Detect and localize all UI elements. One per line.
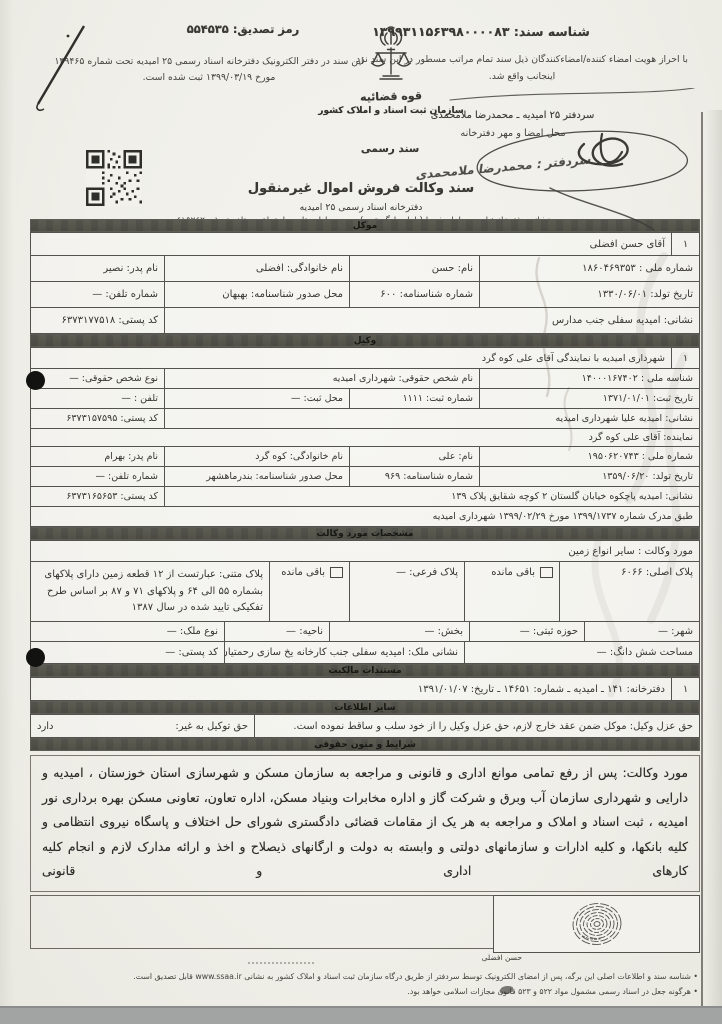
checkbox-remainder-2: [330, 567, 343, 578]
agent-table: ۱ شهرداری امیدیه با نمایندگی آقای علی کو…: [30, 347, 700, 527]
punch-hole: [26, 648, 45, 667]
scan-smudge-dots: [248, 962, 314, 964]
field-remainder-2: باقی مانده: [269, 562, 349, 621]
field-remainder-1: باقی مانده: [464, 562, 559, 621]
table-row: شناسه ملی : ۱۴۰۰۰۱۶۷۴۰۲ نام شخص حقوقی: ش…: [31, 368, 699, 388]
section-header-principal: موکل: [30, 219, 700, 232]
field-delegation-right: حق توکیل به غیر: دارد: [31, 715, 254, 737]
field-rep-id-number: شماره شناسنامه: ۹۶۹: [349, 467, 479, 486]
section-header-subject: مشخصات مورد وکالت: [30, 527, 700, 540]
seal-place-line: محل امضا و مهر دفترخانه: [388, 128, 638, 139]
field-postal-code: کد پستی: ۶۳۷۳۱۵۷۵۹۵: [31, 409, 164, 428]
subject-table: مورد وکالت : سایر انواع زمین پلاک اصلی: …: [30, 540, 700, 664]
qr-code: [86, 150, 142, 206]
field-property-postal: کد پستی: —: [31, 642, 224, 663]
table-row: شماره ملی : ۱۹۵۰۶۲۰۷۴۳ نام: علی نام خانو…: [31, 446, 699, 466]
handwritten-notary-note: سردفتر : محمدرضا ملامحمدی: [416, 152, 593, 182]
field-address: نشانی: امیدیه علیا شهرداری امیدیه: [164, 409, 699, 428]
document-kind: سند رسمی: [330, 143, 450, 155]
agent-name-header: شهرداری امیدیه با نمایندگی آقای علی کوه …: [31, 348, 671, 368]
section-header-ownership-docs: مستندات مالکیت: [30, 664, 700, 677]
table-row: ۱ شهرداری امیدیه با نمایندگی آقای علی کو…: [31, 348, 699, 368]
principal-name-header: آقای حسن افضلی: [31, 233, 671, 255]
field-rep-postal-code: کد پستی: ۶۳۷۳۱۶۵۶۵۳: [31, 487, 164, 506]
notary-office-name: دفترخانه اسناد رسمی ۲۵ امیدیه: [200, 202, 522, 213]
case-type-line: مورد وکالت : سایر انواع زمین: [31, 541, 699, 561]
ownership-doc-detail: دفترخانه: ۱۴۱ ـ امیدیه ـ شماره: ۱۴۶۵۱ ـ …: [31, 678, 671, 700]
table-row: شهر: — حوزه ثبتی: — بخش: — ناحیه: — نوع …: [31, 621, 699, 641]
judiciary-name: قوه قضائیه: [318, 88, 464, 105]
table-row: حق عزل وکیل: موکل ضمن عقد خارج لازم، حق …: [31, 715, 699, 737]
section-title: مستندات مالکیت: [328, 666, 401, 676]
field-postal-code: کد پستی: ۶۳۷۳۱۷۷۵۱۸: [31, 308, 164, 333]
ownership-docs-table: ۱ دفترخانه: ۱۴۱ ـ امیدیه ـ شماره: ۱۴۶۵۱ …: [30, 677, 700, 701]
delegation-value: دارد: [37, 721, 54, 732]
table-row: شماره ملی : ۱۸۶۰۴۶۹۳۵۳ نام: حسن نام خانو…: [31, 255, 699, 281]
footer-note-forgery: • هرگونه جعل در اسناد رسمی مشمول مواد ۵۲…: [30, 986, 700, 998]
row-number: ۱: [671, 678, 699, 700]
field-phone: شماره تلفن: —: [31, 282, 164, 307]
table-row: طبق مدرک شماره ۱۳۹۹/۱۷۳۷ مورخ ۱۳۹۹/۰۲/۲۹…: [31, 506, 699, 526]
fingerprint-owner-name: حسن افضلی: [482, 953, 522, 962]
field-address: نشانی: امیدیه سفلی جنب مدارس: [164, 308, 699, 333]
principal-table: ۱ آقای حسن افضلی شماره ملی : ۱۸۶۰۴۶۹۳۵۳ …: [30, 232, 700, 334]
attestation-text: با احراز هویت امضاء کننده/امضاءکنندگان ذ…: [348, 52, 696, 85]
field-id-place: محل صدور شناسنامه: بهبهان: [164, 282, 349, 307]
document-title: سند وکالت فروش اموال غیرمنقول: [150, 181, 572, 196]
scan-edge-line: [701, 112, 703, 1008]
scan-edge-left: [0, 0, 14, 1008]
signature-area: حسن افضلی: [30, 895, 700, 965]
scan-edge-right: [705, 110, 722, 1008]
field-rep-birth-date: تاریخ تولد: ۱۳۵۹/۰۶/۲۰: [479, 467, 699, 486]
legal-terms-paragraph: مورد وکالت: پس از رفع تمامی موانع اداری …: [30, 755, 700, 892]
fingerprint-icon: [569, 900, 625, 948]
scanner-bed-strip: [0, 1006, 722, 1024]
table-row: ۱ دفترخانه: ۱۴۱ ـ امیدیه ـ شماره: ۱۴۶۵۱ …: [31, 678, 699, 700]
field-city: شهر: —: [584, 622, 699, 641]
field-rep-phone: شماره تلفن: —: [31, 467, 164, 486]
checkbox-label: باقی مانده: [281, 567, 325, 578]
section-title: وکیل: [354, 336, 377, 346]
section-header-legal-terms: شرایط و متون حقوقی: [30, 738, 700, 751]
row-number: ۱: [671, 348, 699, 368]
field-dismissal-right: حق عزل وکیل: موکل ضمن عقد خارج لازم، حق …: [254, 715, 699, 737]
checkbox-label: باقی مانده: [491, 567, 535, 578]
field-text-plate: پلاک متنی: عبارتست از ۱۲ قطعه زمین دارای…: [31, 562, 269, 621]
fingerprint-box: [493, 895, 700, 953]
authorizing-document-line: طبق مدرک شماره ۱۳۹۹/۱۷۳۷ مورخ ۱۳۹۹/۰۲/۲۹…: [31, 507, 699, 526]
table-row: نماینده: آقای علی کوه گرد: [31, 428, 699, 446]
document-id: شناسه سند: ۱۳۹۹۳۱۱۵۶۳۹۸۰۰۰۰۸۳: [316, 24, 646, 39]
representative-line: نماینده: آقای علی کوه گرد: [31, 429, 699, 446]
field-national-id: شماره ملی : ۱۸۶۰۴۶۹۳۵۳: [479, 256, 699, 281]
field-birth-date: تاریخ تولد: ۱۳۳۰/۰۶/۰۱: [479, 282, 699, 307]
scanned-notary-document: رمز تصدیق: ۵۵۴۵۳۵ این سند در دفتر الکترو…: [0, 0, 722, 1024]
punch-hole: [26, 371, 45, 390]
section-title: موکل: [353, 221, 377, 231]
section-header-agent: وکیل: [30, 334, 700, 347]
field-district: بخش: —: [329, 622, 469, 641]
field-rep-first-name: نام: علی: [349, 447, 479, 466]
field-property-address: نشانی ملک: امیدیه سفلی جنب کارخانه یخ سا…: [224, 642, 464, 663]
table-row: تاریخ تولد: ۱۳۳۰/۰۶/۰۱ شماره شناسنامه: ۶…: [31, 281, 699, 307]
field-id-number: شماره شناسنامه: ۶۰۰: [349, 282, 479, 307]
table-row: مساحت شش دانگ: — نشانی ملک: امیدیه سفلی …: [31, 641, 699, 663]
field-main-plate: پلاک اصلی: ۶۰۶۶: [559, 562, 699, 621]
table-row: مورد وکالت : سایر انواع زمین: [31, 541, 699, 561]
field-property-type: نوع ملک: —: [31, 622, 224, 641]
table-row: نشانی: امیدیه سفلی جنب مدارس کد پستی: ۶۳…: [31, 307, 699, 333]
field-rep-father-name: نام پدر: بهرام: [31, 447, 164, 466]
field-area-six-dang: مساحت شش دانگ: —: [464, 642, 699, 663]
field-legal-type: نوع شخص حقوقی: —: [31, 369, 164, 388]
field-reg-date: تاریخ ثبت: ۱۳۷۱/۰۱/۰۱: [479, 389, 699, 408]
checkbox-remainder-1: [540, 567, 553, 578]
field-first-name: نام: حسن: [349, 256, 479, 281]
field-reg-zone: حوزه ثبتی: —: [469, 622, 584, 641]
table-row: تاریخ تولد: ۱۳۵۹/۰۶/۲۰ شماره شناسنامه: ۹…: [31, 466, 699, 486]
table-row: نشانی: امیدیه علیا شهرداری امیدیه کد پست…: [31, 408, 699, 428]
field-legal-id: شناسه ملی : ۱۴۰۰۰۱۶۷۴۰۲: [479, 369, 699, 388]
field-legal-name: نام شخص حقوقی: شهرداری امیدیه: [164, 369, 479, 388]
table-row: ۱ آقای حسن افضلی: [31, 233, 699, 255]
section-title: مشخصات مورد وکالت: [317, 529, 414, 539]
table-row: پلاک اصلی: ۶۰۶۶ باقی مانده پلاک فرعی: — …: [31, 561, 699, 621]
field-rep-address: نشانی: امیدیه پاچکوه خیابان گلستان ۲ کوچ…: [164, 487, 699, 506]
field-rep-last-name: نام خانوادگی: کوه گرد: [164, 447, 349, 466]
field-area: ناحیه: —: [224, 622, 329, 641]
field-reg-no: شماره ثبت: ۱۱۱۱: [349, 389, 479, 408]
field-rep-national-id: شماره ملی : ۱۹۵۰۶۲۰۷۴۳: [479, 447, 699, 466]
section-title: سایر اطلاعات: [334, 703, 395, 713]
field-reg-place: محل ثبت: —: [164, 389, 349, 408]
field-phone: تلفن : —: [31, 389, 164, 408]
handwritten-slash-mark: [28, 16, 98, 112]
row-number: ۱: [671, 233, 699, 255]
field-father-name: نام پدر: نصیر: [31, 256, 164, 281]
table-row: تاریخ ثبت: ۱۳۷۱/۰۱/۰۱ شماره ثبت: ۱۱۱۱ مح…: [31, 388, 699, 408]
notary-office-line: سردفتر ۲۵ امیدیه ـ محمدرضا ملامحمدی: [355, 110, 670, 121]
table-row: نشانی: امیدیه پاچکوه خیابان گلستان ۲ کوچ…: [31, 486, 699, 506]
field-last-name: نام خانوادگی: افضلی: [164, 256, 349, 281]
other-info-table: حق عزل وکیل: موکل ضمن عقد خارج لازم، حق …: [30, 714, 700, 738]
delegation-label: حق توکیل به غیر:: [175, 721, 248, 732]
section-title: شرایط و متون حقوقی: [314, 740, 416, 750]
section-header-other-info: سایر اطلاعات: [30, 701, 700, 714]
field-sub-plate: پلاک فرعی: —: [349, 562, 464, 621]
field-rep-id-place: محل صدور شناسنامه: بندرماهشهر: [164, 467, 349, 486]
footer-note-verification: • شناسه سند و اطلاعات اصلی این برگه، پس …: [30, 971, 700, 983]
